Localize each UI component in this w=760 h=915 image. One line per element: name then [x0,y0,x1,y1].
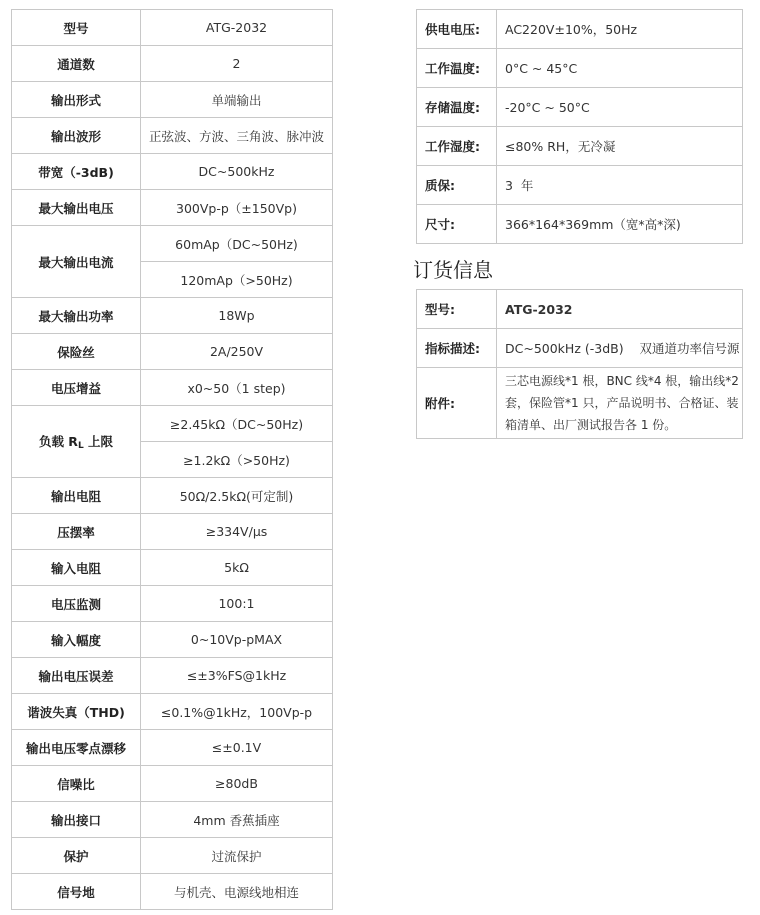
spec-label-text: 输入幅度 [51,633,101,648]
order-row-model: 型号: ATG-2032 [417,290,743,329]
environment-value: AC220V±10%，50Hz [497,10,743,49]
environment-row: 存储温度:-20°C ~ 50°C [417,88,743,127]
spec-label-text: 保险丝 [57,345,95,360]
spec-label: 带宽（-3dB) [12,154,141,190]
spec-label: 最大输出电流 [12,226,141,298]
spec-value: 4mm 香蕉插座 [141,802,333,838]
environment-row: 供电电压:AC220V±10%，50Hz [417,10,743,49]
spec-row: 最大输出电压300Vp-p（±150Vp) [12,190,333,226]
environment-row: 工作温度:0°C ~ 45°C [417,49,743,88]
spec-value: ATG-2032 [141,10,333,46]
spec-value: x0~50（1 step) [141,370,333,406]
spec-row: 谐波失真（THD)≤0.1%@1kHz，100Vp-p [12,694,333,730]
environment-row: 质保:3 年 [417,166,743,205]
spec-label-text: 最大输出功率 [38,309,113,324]
spec-value: 120mAp（>50Hz) [141,262,333,298]
spec-row: 型号ATG-2032 [12,10,333,46]
spec-row: 输入幅度0~10Vp-pMAX [12,622,333,658]
environment-label: 工作湿度: [417,127,497,166]
spec-label: 输出电阻 [12,478,141,514]
spec-label: 输出接口 [12,802,141,838]
spec-table: 型号ATG-2032通道数2输出形式单端输出输出波形正弦波、方波、三角波、脉冲波… [11,9,333,910]
spec-label: 型号 [12,10,141,46]
spec-label: 输入电阻 [12,550,141,586]
spec-value: 2A/250V [141,334,333,370]
spec-value: 正弦波、方波、三角波、脉冲波 [141,118,333,154]
spec-label-text: 最大输出电流 [38,255,113,270]
spec-value: 2 [141,46,333,82]
spec-value: ≥1.2kΩ（>50Hz) [141,442,333,478]
spec-row: 通道数2 [12,46,333,82]
environment-row: 尺寸:366*164*369mm（宽*高*深) [417,205,743,244]
environment-label: 尺寸: [417,205,497,244]
spec-row: 保护过流保护 [12,838,333,874]
spec-label: 信噪比 [12,766,141,802]
spec-label-suffix: 上限 [84,434,113,449]
spec-label: 输出波形 [12,118,141,154]
spec-label: 最大输出功率 [12,298,141,334]
order-row-description: 指标描述: DC~500kHz (-3dB) 双通道功率信号源 [417,329,743,368]
spec-label: 电压监测 [12,586,141,622]
spec-row: 输出电压零点漂移≤±0.1V [12,730,333,766]
spec-label-text: 电压监测 [51,597,101,612]
spec-label-text: 保护 [63,849,88,864]
spec-label-text: 输入电阻 [51,561,101,576]
order-label-description: 指标描述: [417,329,497,368]
order-value-model: ATG-2032 [497,290,743,329]
spec-label-text: 信号地 [57,885,95,900]
environment-value: 366*164*369mm（宽*高*深) [497,205,743,244]
spec-value: 过流保护 [141,838,333,874]
spec-value: 60mAp（DC~50Hz) [141,226,333,262]
spec-label: 电压增益 [12,370,141,406]
spec-label-text: 型号 [63,21,88,36]
spec-label: 保险丝 [12,334,141,370]
spec-value: 0~10Vp-pMAX [141,622,333,658]
spec-label-text: 带宽（-3dB) [38,165,114,180]
spec-row: 输出电压误差≤±3%FS@1kHz [12,658,333,694]
spec-row: 最大输出电流60mAp（DC~50Hz) [12,226,333,262]
spec-label-text: 通道数 [57,57,95,72]
spec-row: 带宽（-3dB)DC~500kHz [12,154,333,190]
spec-label: 负载 RL 上限 [12,406,141,478]
spec-row: 最大输出功率18Wp [12,298,333,334]
environment-label: 存储温度: [417,88,497,127]
spec-value: ≥80dB [141,766,333,802]
spec-label: 输入幅度 [12,622,141,658]
order-value-accessories: 三芯电源线*1 根，BNC 线*4 根，输出线*2 套，保险管*1 只，产品说明… [497,368,743,439]
spec-row: 输出波形正弦波、方波、三角波、脉冲波 [12,118,333,154]
spec-row: 电压增益x0~50（1 step) [12,370,333,406]
spec-row: 输入电阻5kΩ [12,550,333,586]
spec-value: 50Ω/2.5kΩ(可定制) [141,478,333,514]
order-label-accessories: 附件: [417,368,497,439]
spec-label-text: 信噪比 [57,777,95,792]
environment-label: 工作温度: [417,49,497,88]
environment-table: 供电电压:AC220V±10%，50Hz工作温度:0°C ~ 45°C存储温度:… [416,9,743,244]
spec-label: 保护 [12,838,141,874]
order-label-model: 型号: [417,290,497,329]
spec-row: 输出接口4mm 香蕉插座 [12,802,333,838]
environment-value: -20°C ~ 50°C [497,88,743,127]
spec-row: 电压监测100:1 [12,586,333,622]
spec-label-text: 电压增益 [51,381,101,396]
spec-label-text: 最大输出电压 [38,201,113,216]
spec-label: 输出电压零点漂移 [12,730,141,766]
spec-label: 输出电压误差 [12,658,141,694]
environment-value: ≤80% RH，无冷凝 [497,127,743,166]
spec-value: 18Wp [141,298,333,334]
spec-label-text: 负载 R [39,434,78,449]
spec-label-text: 输出波形 [51,129,101,144]
environment-label: 供电电压: [417,10,497,49]
spec-label-text: 输出电压误差 [38,669,113,684]
spec-value: 300Vp-p（±150Vp) [141,190,333,226]
spec-value: ≤±3%FS@1kHz [141,658,333,694]
spec-label-text: 输出电压零点漂移 [26,741,126,756]
order-info-title: 订货信息 [413,254,493,283]
spec-label: 压摆率 [12,514,141,550]
spec-value: ≤±0.1V [141,730,333,766]
spec-label: 输出形式 [12,82,141,118]
spec-table-body: 型号ATG-2032通道数2输出形式单端输出输出波形正弦波、方波、三角波、脉冲波… [12,10,333,910]
spec-label-text: 输出接口 [51,813,101,828]
spec-value: DC~500kHz [141,154,333,190]
spec-value: ≤0.1%@1kHz，100Vp-p [141,694,333,730]
spec-label: 信号地 [12,874,141,910]
spec-value: 100:1 [141,586,333,622]
spec-row: 输出电阻50Ω/2.5kΩ(可定制) [12,478,333,514]
environment-label: 质保: [417,166,497,205]
spec-label: 谐波失真（THD) [12,694,141,730]
spec-value: ≥334V/μs [141,514,333,550]
spec-row: 压摆率≥334V/μs [12,514,333,550]
order-info-table: 型号: ATG-2032 指标描述: DC~500kHz (-3dB) 双通道功… [416,289,743,439]
spec-value: 5kΩ [141,550,333,586]
spec-label-text: 输出电阻 [51,489,101,504]
environment-row: 工作湿度:≤80% RH，无冷凝 [417,127,743,166]
spec-row: 保险丝2A/250V [12,334,333,370]
spec-value: 单端输出 [141,82,333,118]
spec-row: 信噪比≥80dB [12,766,333,802]
environment-table-body: 供电电压:AC220V±10%，50Hz工作温度:0°C ~ 45°C存储温度:… [417,10,743,244]
order-value-description: DC~500kHz (-3dB) 双通道功率信号源 [497,329,743,368]
spec-row: 信号地与机壳、电源线地相连 [12,874,333,910]
spec-label-text: 输出形式 [51,93,101,108]
order-row-accessories: 附件: 三芯电源线*1 根，BNC 线*4 根，输出线*2 套，保险管*1 只，… [417,368,743,439]
spec-value: 与机壳、电源线地相连 [141,874,333,910]
spec-label-text: 压摆率 [57,525,95,540]
environment-value: 0°C ~ 45°C [497,49,743,88]
spec-row: 负载 RL 上限≥2.45kΩ（DC~50Hz) [12,406,333,442]
environment-value: 3 年 [497,166,743,205]
spec-label-text: 谐波失真（THD) [27,705,125,720]
spec-label: 通道数 [12,46,141,82]
spec-row: 输出形式单端输出 [12,82,333,118]
spec-value: ≥2.45kΩ（DC~50Hz) [141,406,333,442]
spec-label: 最大输出电压 [12,190,141,226]
